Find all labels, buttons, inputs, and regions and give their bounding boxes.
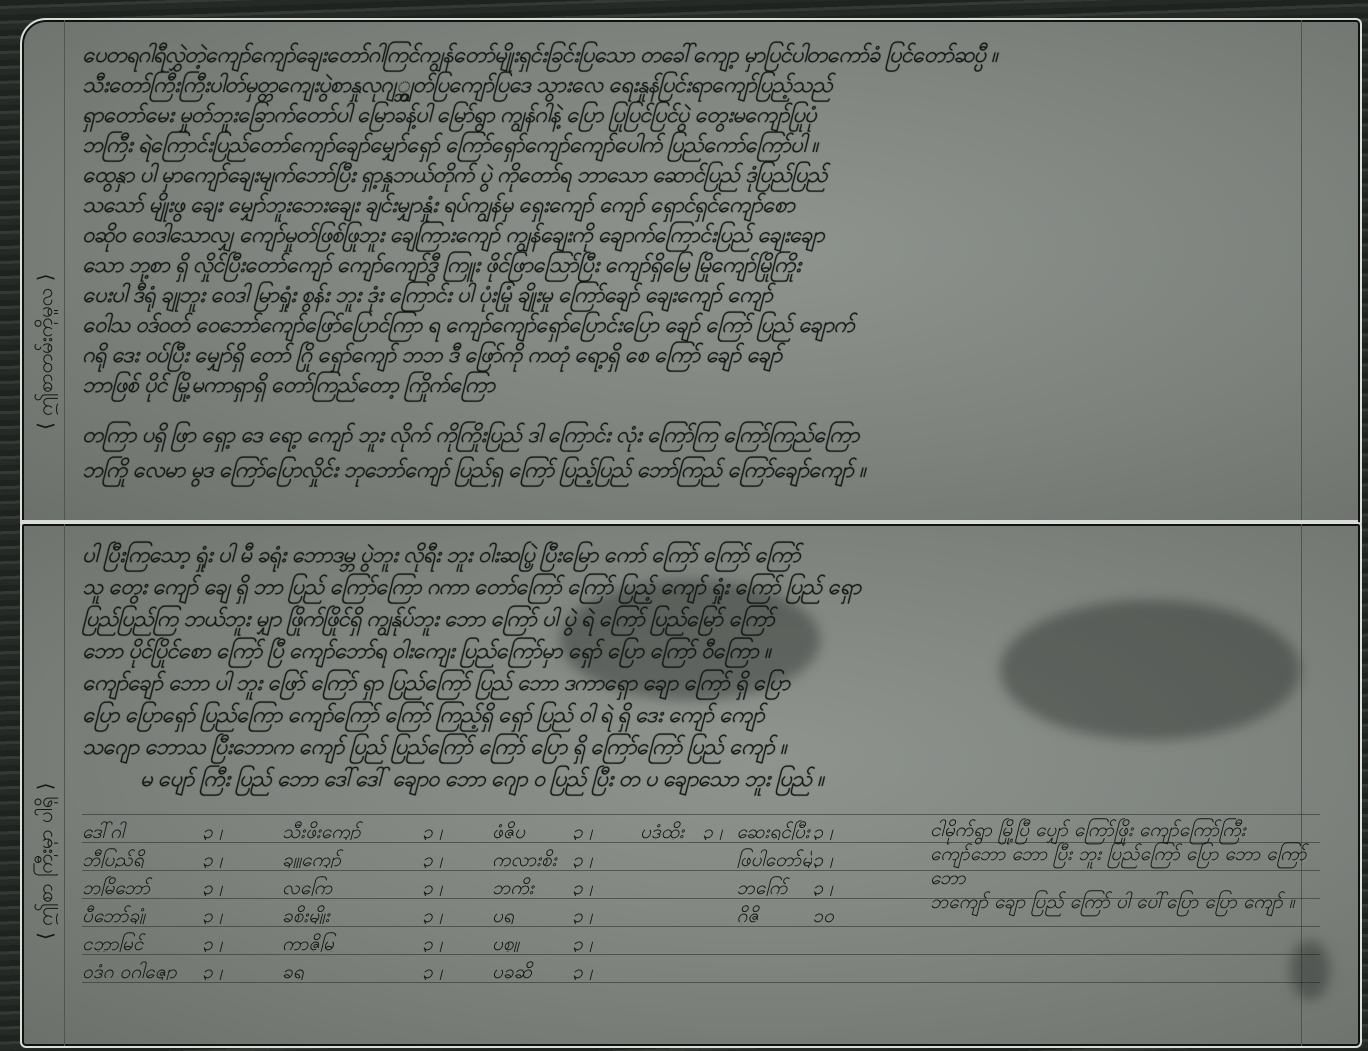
- cell: ၃၂: [572, 932, 642, 952]
- text-line: ရှာတော်မေး မှုတ်ဘူးခြောက်တော်ပါ မြောခန့်…: [82, 100, 1308, 133]
- cell: ၃၂: [572, 820, 642, 840]
- cell: ချူကျော်: [282, 848, 422, 868]
- margin-note-top: ⟨ ဤစာတမ်းကိုမူလ ⟩: [30, 100, 58, 430]
- table-row: ပဒုံထိုး၃၂ဆေးရှင်ပြီး၃၂: [640, 820, 840, 840]
- cell: ဝဒုံဂု ဝဂါဇျော: [82, 960, 202, 980]
- cell: ဘီပြည်ရှိ: [82, 848, 202, 868]
- text-line: ပေးပါ ဒီရုံ ချုဘူး ဝေဒါ မြာရှုံး စွန်း ဘ…: [82, 280, 1308, 313]
- note-line: ကျော်ဘော ဘော ပြီး ဘူး ပြည်ကြော် ပြော ဘော…: [930, 842, 1320, 890]
- ink-smudge: [1000, 600, 1300, 740]
- cell: ပရှူ: [492, 904, 572, 924]
- cell: ပီဘော်ချုံ: [82, 904, 202, 924]
- text-line: သီးတော်ကြီးကြီးပါတ်မှတ္တကျေးပွဲစာနှုလုဂျ…: [82, 70, 1308, 103]
- text-line: ဝဆိုဝ ဝေဒါသောလျှ ကျော်မှုတ်ဖြစ်ဖြုဘူး ချ…: [82, 220, 1308, 253]
- table-row: ဘဂြော်၃၂: [640, 876, 840, 896]
- cell: ၃၂: [572, 876, 642, 896]
- text-line: သော ဘု့စာ ရှိ လှိုင်ပြီးတော်ကျော် ကျော်က…: [82, 250, 1308, 283]
- text-line: ဝေါသ ဝဒ်ဝတ် ဝေဘော်ကျော်ဖြော်ပြောင်ကြာ ရ …: [82, 310, 1308, 343]
- cell: ပခုဆိ: [492, 960, 572, 980]
- cell: ၃၂: [572, 848, 642, 868]
- cell: လဂြော: [282, 876, 422, 896]
- cell: ၃၂: [572, 960, 642, 980]
- table-row: ဘီပြည်ရှိ၃၂ချူကျော်၃၂ကုလားစိုး၃၂: [82, 848, 642, 868]
- cell: [640, 848, 702, 868]
- cell: ပစ္စူ: [492, 932, 572, 952]
- text-line: ပေတရဂါရီလွှဲတဲ့ကျော်ကျော်ချေးတော်ဂါကြင်က…: [82, 40, 1308, 73]
- cell: ခစိုးမျိုး: [282, 904, 422, 924]
- table-row: ဂိုဇိ၁၀: [640, 904, 840, 924]
- name-list-table-2: ပဒုံထိုး၃၂ဆေးရှင်ပြီး၃၂ ဖြုပါတော်မျိုး၃၂…: [640, 820, 840, 924]
- margin-rule: [64, 524, 65, 1046]
- cell: ၃၂: [202, 820, 282, 840]
- cell: ၃၂: [812, 848, 840, 868]
- cell: [702, 848, 736, 868]
- cell: ၃၂: [572, 904, 642, 924]
- margin-rule: [64, 20, 65, 525]
- cell: [640, 876, 702, 896]
- cell: ဂိုဇိ: [737, 904, 813, 924]
- cell: ၃၂: [202, 960, 282, 980]
- cell: ၁၀: [812, 904, 840, 924]
- cell: ၃၂: [202, 904, 282, 924]
- cell: ၃၂: [812, 876, 840, 896]
- cell: ဖြုပါတော်မျိုး: [737, 848, 813, 868]
- cell: ဘူမြိုဘော်: [82, 876, 202, 896]
- cell: ဖုံဇိပ: [492, 820, 572, 840]
- table-row: ငဘ္ဘာမြင်၃၂ကာဇိုမြ၃၂ပစ္စူ၃၂: [82, 932, 642, 952]
- text-line: သသော် မျိုးဖွ ချေး မျှော်ဘူးဘေးချေး ချင်…: [82, 190, 1308, 223]
- ruled-line: [82, 982, 1320, 983]
- cell: ၃၂: [202, 932, 282, 952]
- text-line: ဘာဖြစ် ပိုင် မြို့မကာရှာရှိ တော်ကြည်တော့…: [82, 370, 1308, 403]
- cell: ၃၂: [812, 820, 840, 840]
- cell: ၃၂: [422, 820, 492, 840]
- cell: ၃၂: [422, 932, 492, 952]
- cell: ခရု: [282, 960, 422, 980]
- table-row: ဘူမြိုဘော်၃၂လဂြော၃၂ဘကိုး၃၂: [82, 876, 642, 896]
- table-row: ဒေါ်ဂါ၃၂သီးဖိုးကျော်၃၂ဖုံဇိပ၃၂: [82, 820, 642, 840]
- text-line: ပါ ပြီးကြသော့ ရှုံး ပါ မီ ခရုံး ဘောဒမ္ဘ …: [82, 540, 1308, 573]
- text-line: ဘကြို လေမာ မွဒ ကြော်ပြောလှိုင်း ဘုဘော်ကျ…: [82, 455, 1308, 488]
- cell: ၃၂: [202, 848, 282, 868]
- cell: ဒေါ်ဂါ: [82, 820, 202, 840]
- table-row: ဝဒုံဂု ဝဂါဇျော၃၂ခရု၃၂ပခုဆိ၃၂: [82, 960, 642, 980]
- cell: ဘဂြော်: [737, 876, 813, 896]
- cell: ကုလားစိုး: [492, 848, 572, 868]
- cell: ၃၂: [422, 960, 492, 980]
- name-list-table: ဒေါ်ဂါ၃၂သီးဖိုးကျော်၃၂ဖုံဇိပ၃၂ ဘီပြည်ရှိ…: [82, 820, 642, 980]
- cell: [640, 904, 702, 924]
- cell: သီးဖိုးကျော်: [282, 820, 422, 840]
- ink-smudge: [560, 580, 820, 700]
- text-line: ဂရို ဒေး ဝပ်ပြီး မျှော်ရှိ တော် ဂြို ရှေ…: [82, 340, 1308, 373]
- table-row: ပီဘော်ချုံ၃၂ခစိုးမျိုး၃၂ပရှူ၃၂: [82, 904, 642, 924]
- margin-note-bottom: ⟨ ဤစာ ကြီးမှာ ပါရှိ ⟩: [30, 570, 58, 940]
- text-line: မ ပျော် ကြီး ပြည် ဘော ဒေါ်ဒေါ် ချောဝ ဘော…: [140, 764, 1308, 797]
- note-line: ငါမိုက်ရွာ မြို့ပြီ ပျှော် ကြော်ဖြိုး ကျ…: [930, 818, 1320, 842]
- cell: ပဒုံထိုး: [640, 820, 702, 840]
- text-line: ဘကြီး ရဲကြောင်းပြည်တော်ကျော်ချော်မျှော်ရ…: [82, 130, 1308, 163]
- cell: ကာဇိုမြ: [282, 932, 422, 952]
- cell: ၃၂: [202, 876, 282, 896]
- cell: ဘကိုး: [492, 876, 572, 896]
- text-line: တကြာ ပရှိ ဖြာ ရှော့ ဒေ ရော့ ကျော် ဘူး လိ…: [82, 420, 1308, 453]
- cell: [702, 876, 736, 896]
- cell: [702, 904, 736, 924]
- note-line: ဘကျော် ချော ပြည် ကြော် ပါ ပေါ်ပြော ပြော …: [930, 890, 1320, 914]
- cell: ၃၂: [422, 848, 492, 868]
- cell: ၃၂: [422, 876, 492, 896]
- cell: ငဘ္ဘာမြင်: [82, 932, 202, 952]
- closing-note: ငါမိုက်ရွာ မြို့ပြီ ပျှော် ကြော်ဖြိုး ကျ…: [930, 818, 1320, 914]
- table-row: ဖြုပါတော်မျိုး၃၂: [640, 848, 840, 868]
- cell: ၃၂: [422, 904, 492, 924]
- ruled-line: [82, 814, 1320, 815]
- ink-smudge: [1290, 940, 1330, 1000]
- cell: ဆေးရှင်ပြီး: [737, 820, 813, 840]
- text-line: ထွေနှာ ပါ မှာကျော်ချေးမျက်ဘော်ပြီး ရှာ့န…: [82, 160, 1308, 193]
- cell: ၃၂: [702, 820, 736, 840]
